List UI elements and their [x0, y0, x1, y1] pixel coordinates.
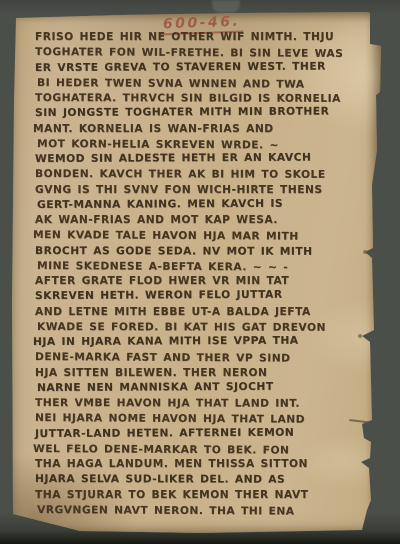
stain-spot	[358, 334, 362, 338]
text-line: HJARA SELVA SUD-LIKER DEL. AND AS	[35, 472, 375, 488]
text-line: WEMOD SIN ALDESTE HETH ER AN KAVCH	[35, 150, 375, 167]
text-line: BROCHT AS GODE SEDA. NV MOT IK MITH	[35, 244, 375, 260]
text-line: MANT. KORNELIA IS WAN-FRIAS AND	[33, 122, 375, 137]
text-line: GERT-MANNA KANING. MEN KAVCH IS	[37, 196, 375, 213]
text-line: DENE-MARKA FAST AND THER VP SIND	[35, 350, 375, 367]
text-line: AK WAN-FRIAS AND MOT KAP WESA.	[35, 213, 375, 228]
text-line: SIN JONGSTE TOGHATER MITH MIN BROTHER	[35, 104, 375, 121]
text-line: MEN KVADE TALE HAVON HJA MAR MITH	[33, 228, 375, 245]
manuscript-text: FRISO HEDE HIR NE OTHER WIF NIMTH. THJUT…	[35, 30, 375, 518]
text-line: BONDEN. KAVCH THER AK BI HIM TO SKOLE	[35, 167, 375, 183]
text-line: MINE SKEDNESE A-BEFTA KERA. ~ ~ -	[37, 259, 375, 276]
text-line: AND LETNE MITH EBBE UT-A BALDA JEFTA	[35, 305, 375, 320]
text-line: HJA IN HJARA KANA MITH ISE VPPA THA	[33, 333, 375, 350]
backdrop-smudge	[212, 0, 240, 13]
text-line: NARNE NEN MANNISKA ANT SJOCHT	[37, 379, 375, 396]
text-line: WEL FELO DENE-MARKAR TO BEK. FON	[33, 442, 375, 459]
text-line: JUTTAR-LAND HETEN. AFTERNEI KEMON	[35, 425, 375, 442]
text-line: SKREVEN HETH. WERON FELO JUTTAR	[35, 287, 375, 304]
text-line: FRISO HEDE HIR NE OTHER WIF NIMTH. THJU	[35, 30, 375, 45]
manuscript-page: 600-46. FRISO HEDE HIR NE OTHER WIF NIMT…	[11, 12, 382, 535]
text-line: HJA SITTEN BILEWEN. THER NERON	[35, 366, 375, 381]
text-line: THA STJURAR TO BEK KEMON THER NAVT	[35, 488, 375, 503]
stain-spot	[363, 250, 368, 254]
text-line: THA HAGA LANDUM. MEN THISSA SITTON	[35, 457, 375, 472]
stain-spot	[366, 461, 370, 464]
text-line: ER VRSTE GREVA TO STAVEREN WEST. THER	[35, 59, 375, 76]
text-line: VRGVNGEN NAVT NERON. THA THI ENA	[37, 503, 375, 520]
text-line: THER VMBE HAVON HJA THAT LAND INT.	[35, 396, 375, 412]
text-line: GVNG IS THI SVNV FON WICH-HIRTE THENS	[35, 183, 375, 198]
